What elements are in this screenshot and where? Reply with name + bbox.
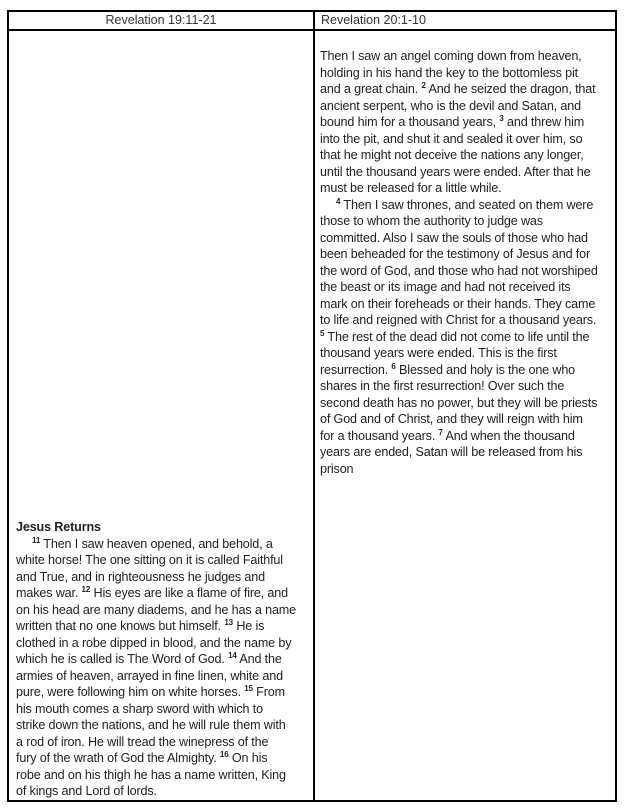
column-header-revelation-20: Revelation 20:1-10	[321, 12, 426, 29]
passage-line: which he is called is The Word of God. 1…	[16, 651, 308, 668]
passage-line: and True, and in righteousness he judges…	[16, 569, 308, 586]
line-text: written that no one knows but himself.	[16, 619, 224, 633]
passage-line: committed. Also I saw the souls of those…	[320, 230, 610, 247]
passage-line: a rod of iron. He will tread the winepre…	[16, 734, 308, 751]
line-text: which he is called is The Word of God.	[16, 652, 228, 666]
line-text: the word of God, and those who had not w…	[320, 264, 598, 278]
column-header-revelation-19: Revelation 19:11-21	[9, 12, 313, 29]
line-text: pure, were following him on white horses…	[16, 685, 244, 699]
line-text: a rod of iron. He will tread the winepre…	[16, 735, 268, 749]
line-text: of kings and Lord of lords.	[16, 784, 157, 798]
left-column-passage: Jesus Returns 11 Then I saw heaven opene…	[16, 519, 308, 800]
line-text: second death has no power, but they will…	[320, 396, 597, 410]
line-text: must be released for a little while.	[320, 181, 502, 195]
passage-line: on his head are many diadems, and he has…	[16, 602, 308, 619]
line-text: And he seized the dragon, that	[426, 82, 596, 96]
line-text: holding in his hand the key to the botto…	[320, 66, 578, 80]
passage-line: been beheaded for the testimony of Jesus…	[320, 246, 610, 263]
passage-line: years are ended, Satan will be released …	[320, 444, 610, 461]
line-text: He is	[233, 619, 264, 633]
passage-line: second death has no power, but they will…	[320, 395, 610, 412]
line-text: mark on their foreheads or their hands. …	[320, 297, 595, 311]
comparison-table: Revelation 19:11-21 Revelation 20:1-10 J…	[7, 10, 617, 802]
passage-line: clothed in a robe dipped in blood, and t…	[16, 635, 308, 652]
right-passage-lines: Then I saw an angel coming down from hea…	[320, 48, 610, 477]
line-text: Then I saw thrones, and seated on them w…	[340, 198, 593, 212]
passage-line: those to whom the authority to judge was	[320, 213, 610, 230]
line-text: until the thousand years were ended. Aft…	[320, 165, 590, 179]
line-text: and threw him	[504, 115, 585, 129]
passage-line: fury of the wrath of God the Almighty. 1…	[16, 750, 308, 767]
passage-line: the word of God, and those who had not w…	[320, 263, 610, 280]
passage-line: for a thousand years. 7 And when the tho…	[320, 428, 610, 445]
line-text: for a thousand years.	[320, 429, 439, 443]
line-text: Blessed and holy is the one who	[396, 363, 575, 377]
passage-line: and a great chain. 2 And he seized the d…	[320, 81, 610, 98]
passage-line: 5 The rest of the dead did not come to l…	[320, 329, 610, 346]
passage-line: holding in his hand the key to the botto…	[320, 65, 610, 82]
passage-line: strike down the nations, and he will rul…	[16, 717, 308, 734]
passage-line: mark on their foreheads or their hands. …	[320, 296, 610, 313]
verse-number: 16	[220, 750, 229, 759]
passage-line: Then I saw an angel coming down from hea…	[320, 48, 610, 65]
line-text: prison	[320, 462, 353, 476]
line-text: robe and on his thigh he has a name writ…	[16, 768, 286, 782]
passage-line: must be released for a little while.	[320, 180, 610, 197]
passage-line: makes war. 12 His eyes are like a flame …	[16, 585, 308, 602]
passage-line: white horse! The one sitting on it is ca…	[16, 552, 308, 569]
line-text: and a great chain.	[320, 82, 421, 96]
passage-line: thousand years were ended. This is the f…	[320, 345, 610, 362]
passage-line: 11 Then I saw heaven opened, and behold,…	[16, 536, 308, 553]
line-text: On his	[229, 751, 268, 765]
passage-line: pure, were following him on white horses…	[16, 684, 308, 701]
line-text: His eyes are like a flame of fire, and	[90, 586, 288, 600]
line-text: of God and of Christ, and they will reig…	[320, 412, 583, 426]
line-text: fury of the wrath of God the Almighty.	[16, 751, 220, 765]
line-text: and True, and in righteousness he judges…	[16, 570, 265, 584]
line-text: white horse! The one sitting on it is ca…	[16, 553, 283, 567]
passage-line: robe and on his thigh he has a name writ…	[16, 767, 308, 784]
passage-line: 4 Then I saw thrones, and seated on them…	[320, 197, 610, 214]
passage-line: shares in the first resurrection! Over s…	[320, 378, 610, 395]
line-text: his mouth comes a sharp sword with which…	[16, 702, 263, 716]
line-text: makes war.	[16, 586, 82, 600]
passage-line: written that no one knows but himself. 1…	[16, 618, 308, 635]
passage-line: of kings and Lord of lords.	[16, 783, 308, 800]
line-text: Then I saw heaven opened, and behold, a	[40, 537, 273, 551]
line-text: shares in the first resurrection! Over s…	[320, 379, 564, 393]
line-text: those to whom the authority to judge was	[320, 214, 543, 228]
line-text: committed. Also I saw the souls of those…	[320, 231, 588, 245]
line-text: ancient serpent, who is the devil and Sa…	[320, 99, 581, 113]
line-text: been beheaded for the testimony of Jesus…	[320, 247, 590, 261]
line-text: The rest of the dead did not come to lif…	[324, 330, 589, 344]
passage-line: to life and reigned with Christ for a th…	[320, 312, 610, 329]
right-column-passage: Then I saw an angel coming down from hea…	[320, 48, 610, 477]
line-text: resurrection.	[320, 363, 391, 377]
passage-line: prison	[320, 461, 610, 478]
line-text: that he might not deceive the nations an…	[320, 148, 584, 162]
table-header-row: Revelation 19:11-21 Revelation 20:1-10	[9, 12, 615, 31]
line-text: bound him for a thousand years,	[320, 115, 499, 129]
line-text: thousand years were ended. This is the f…	[320, 346, 557, 360]
line-text: the beast or its image and had not recei…	[320, 280, 571, 294]
line-text: years are ended, Satan will be released …	[320, 445, 582, 459]
passage-line: his mouth comes a sharp sword with which…	[16, 701, 308, 718]
line-text: to life and reigned with Christ for a th…	[320, 313, 596, 327]
passage-line: of God and of Christ, and they will reig…	[320, 411, 610, 428]
left-passage-lines: 11 Then I saw heaven opened, and behold,…	[16, 536, 308, 800]
section-heading: Jesus Returns	[16, 519, 308, 536]
passage-line: that he might not deceive the nations an…	[320, 147, 610, 164]
line-text: on his head are many diadems, and he has…	[16, 603, 296, 617]
line-text: into the pit, and shut it and sealed it …	[320, 132, 582, 146]
verse-number: 13	[224, 618, 233, 627]
line-text: And the	[237, 652, 282, 666]
verse-number: 14	[228, 651, 237, 660]
passage-line: ancient serpent, who is the devil and Sa…	[320, 98, 610, 115]
line-text: Then I saw an angel coming down from hea…	[320, 49, 582, 63]
verse-number: 11	[32, 536, 40, 545]
passage-line: into the pit, and shut it and sealed it …	[320, 131, 610, 148]
passage-line: armies of heaven, arrayed in fine linen,…	[16, 668, 308, 685]
passage-line: the beast or its image and had not recei…	[320, 279, 610, 296]
line-text: strike down the nations, and he will rul…	[16, 718, 286, 732]
line-text: clothed in a robe dipped in blood, and t…	[16, 636, 291, 650]
line-text: armies of heaven, arrayed in fine linen,…	[16, 669, 283, 683]
passage-line: until the thousand years were ended. Aft…	[320, 164, 610, 181]
passage-line: bound him for a thousand years, 3 and th…	[320, 114, 610, 131]
verse-number: 15	[244, 684, 253, 693]
line-text: And when the thousand	[443, 429, 575, 443]
line-text: From	[253, 685, 285, 699]
verse-number: 12	[82, 585, 91, 594]
column-divider	[313, 12, 315, 800]
passage-line: resurrection. 6 Blessed and holy is the …	[320, 362, 610, 379]
